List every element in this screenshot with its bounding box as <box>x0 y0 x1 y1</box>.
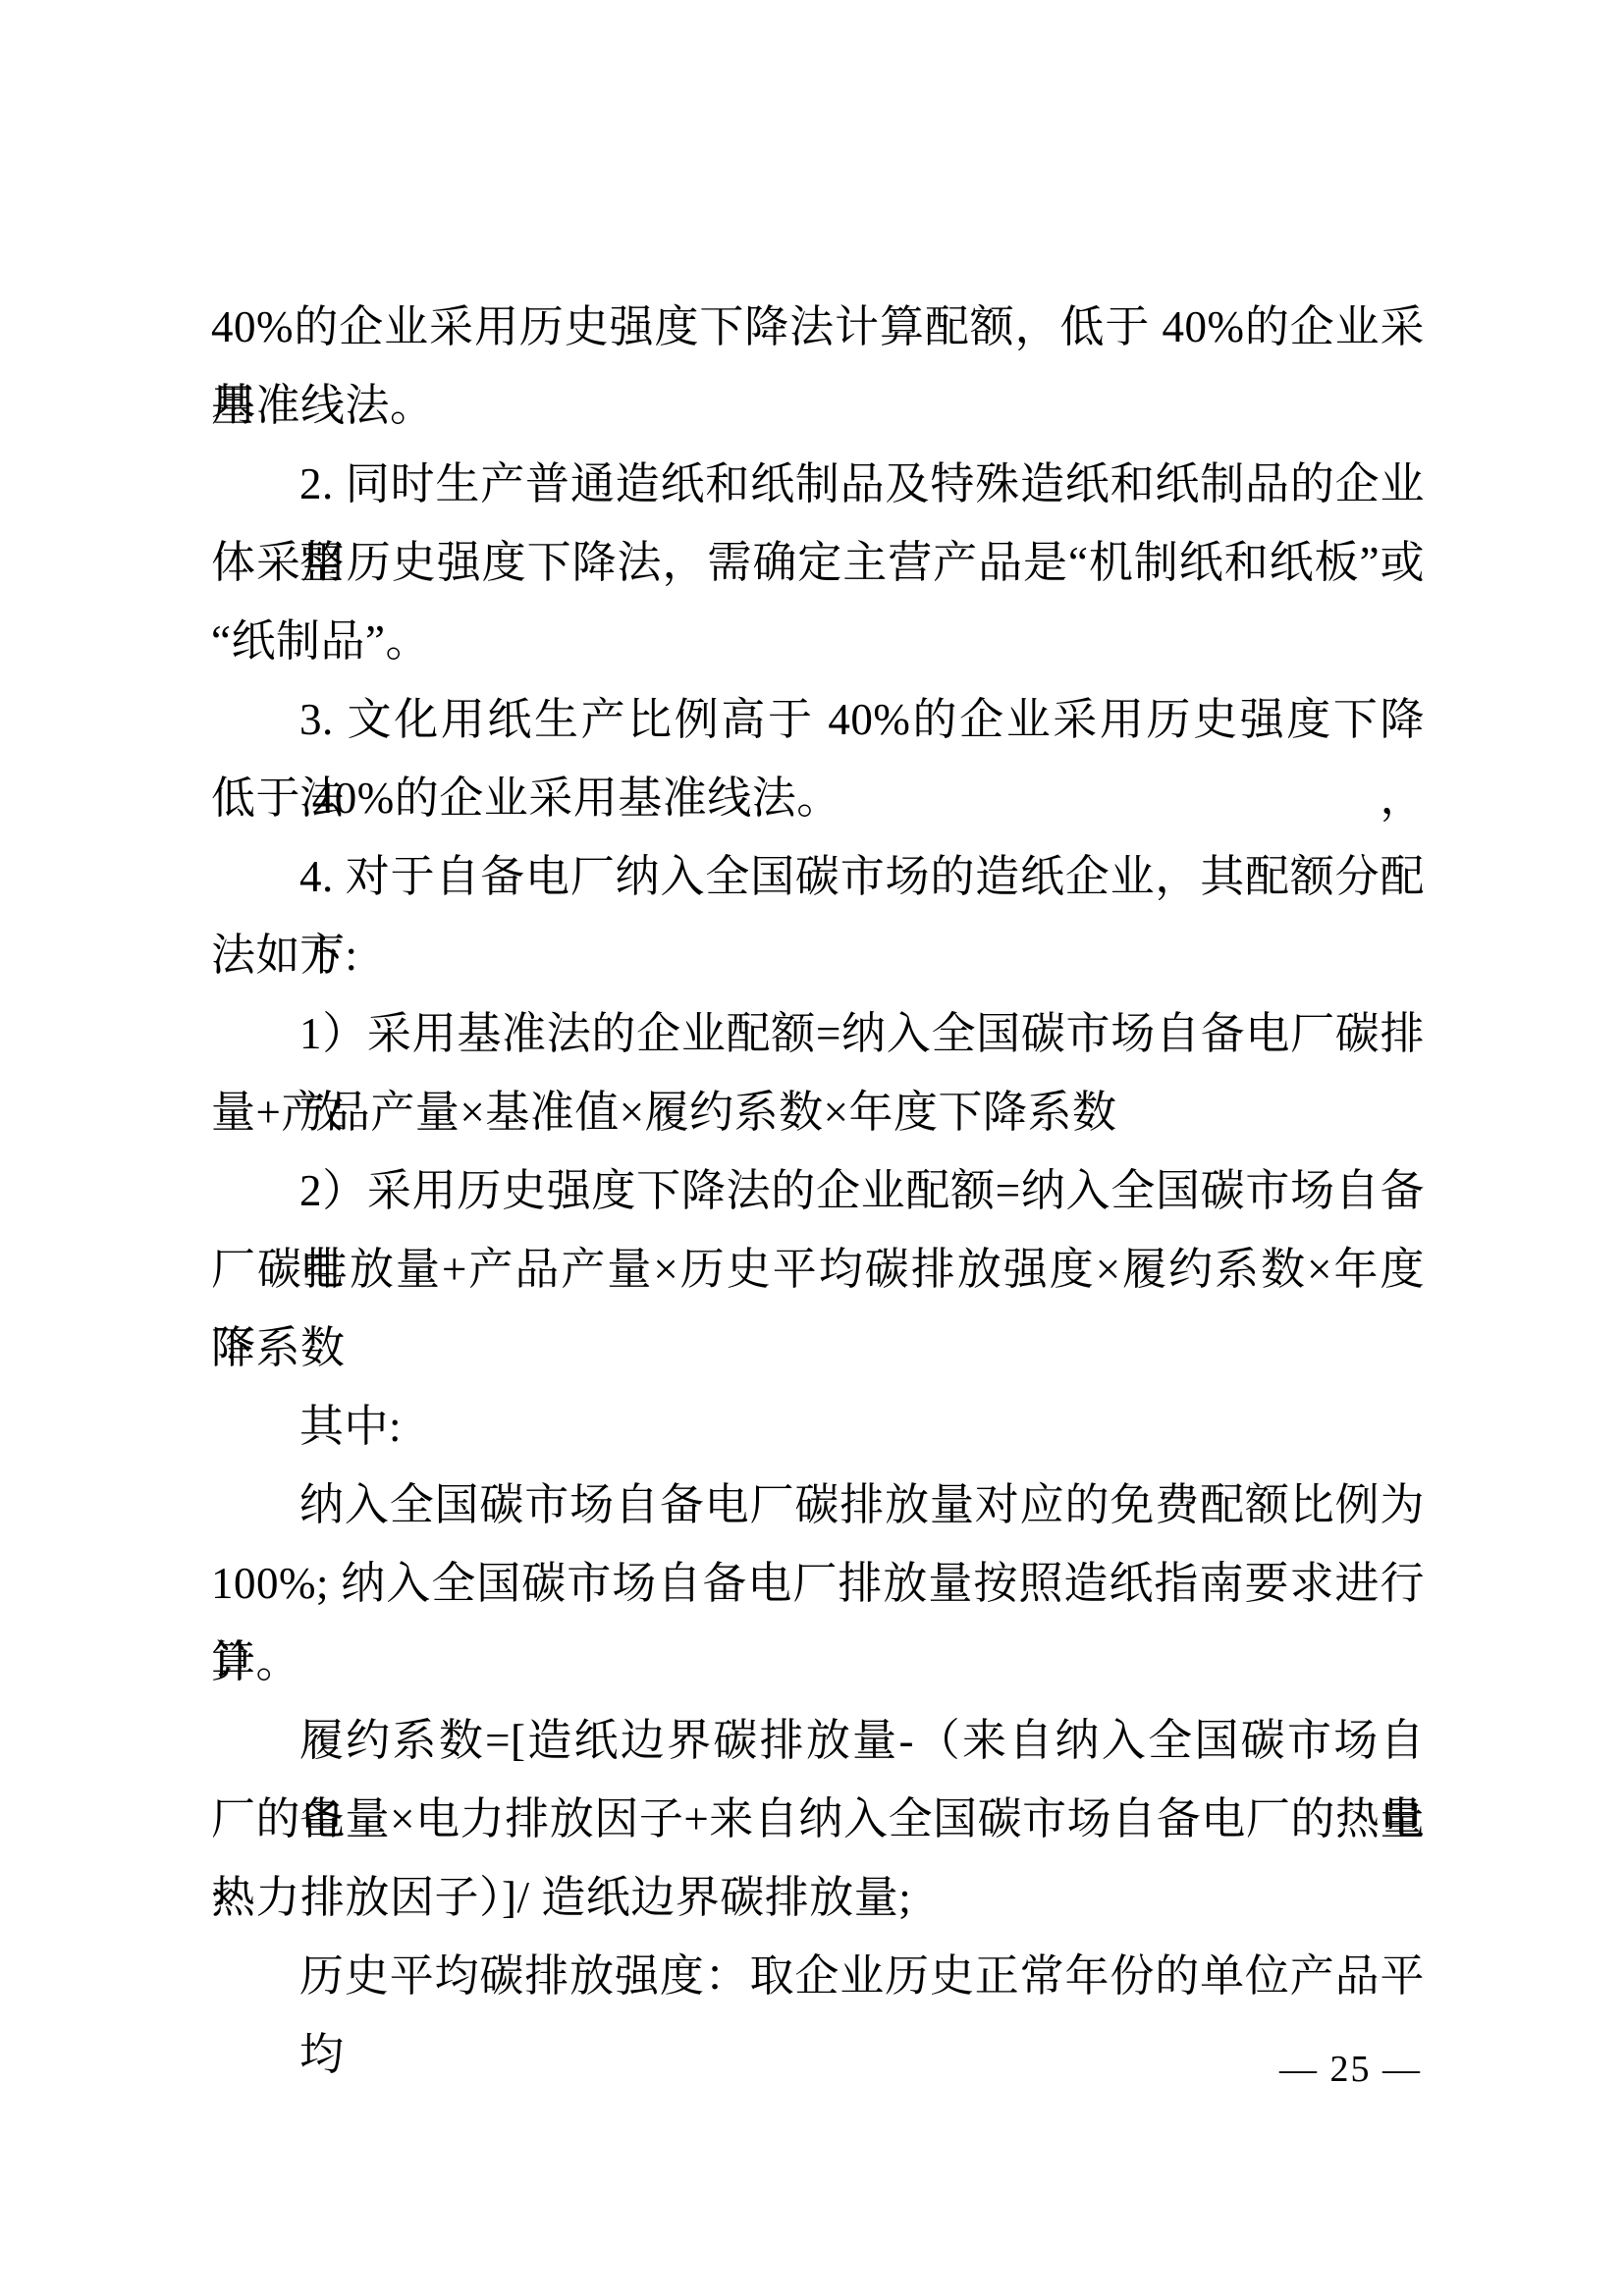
document-body: 40%的企业采用历史强度下降法计算配额，低于 40%的企业采用 基准线法。 2.… <box>211 288 1425 2015</box>
text-line: 量+产品产量×基准值×履约系数×年度下降系数 <box>211 1073 1425 1151</box>
text-line: 1）采用基准法的企业配额=纳入全国碳市场自备电厂碳排放 <box>211 994 1425 1073</box>
text-line: 体采用历史强度下降法，需确定主营产品是“机制纸和纸板”或 <box>211 523 1425 602</box>
page-number: — 25 — <box>1279 2048 1422 2091</box>
text-line: 纳入全国碳市场自备电厂碳排放量对应的免费配额比例为 <box>211 1466 1425 1544</box>
text-line: 其中: <box>211 1387 1425 1466</box>
text-line: 3. 文化用纸生产比例高于 40%的企业采用历史强度下降法， <box>211 680 1425 759</box>
text-line: 算。 <box>211 1623 1425 1701</box>
text-line: “纸制品”。 <box>211 602 1425 680</box>
text-line: 履约系数=[造纸边界碳排放量-（来自纳入全国碳市场自备电 <box>211 1701 1425 1780</box>
text-line: 厂碳排放量+产品产量×历史平均碳排放强度×履约系数×年度下 <box>211 1230 1425 1308</box>
text-line: 2）采用历史强度下降法的企业配额=纳入全国碳市场自备电 <box>211 1151 1425 1230</box>
text-line: 40%的企业采用历史强度下降法计算配额，低于 40%的企业采用 <box>211 288 1425 366</box>
text-line: 热力排放因子）]/ 造纸边界碳排放量; <box>211 1858 1425 1937</box>
text-line: 基准线法。 <box>211 366 1425 445</box>
text-line: 历史平均碳排放强度：取企业历史正常年份的单位产品平均 <box>211 1937 1425 2015</box>
text-line: 法如下: <box>211 916 1425 994</box>
text-line: 厂的电量×电力排放因子+来自纳入全国碳市场自备电厂的热量× <box>211 1780 1425 1858</box>
text-line: 2. 同时生产普通造纸和纸制品及特殊造纸和纸制品的企业整 <box>211 445 1425 523</box>
text-line: 100%; 纳入全国碳市场自备电厂排放量按照造纸指南要求进行计 <box>211 1544 1425 1623</box>
document-page: 40%的企业采用历史强度下降法计算配额，低于 40%的企业采用 基准线法。 2.… <box>0 0 1624 2296</box>
text-line: 降系数 <box>211 1308 1425 1387</box>
text-line: 4. 对于自备电厂纳入全国碳市场的造纸企业，其配额分配方 <box>211 837 1425 916</box>
